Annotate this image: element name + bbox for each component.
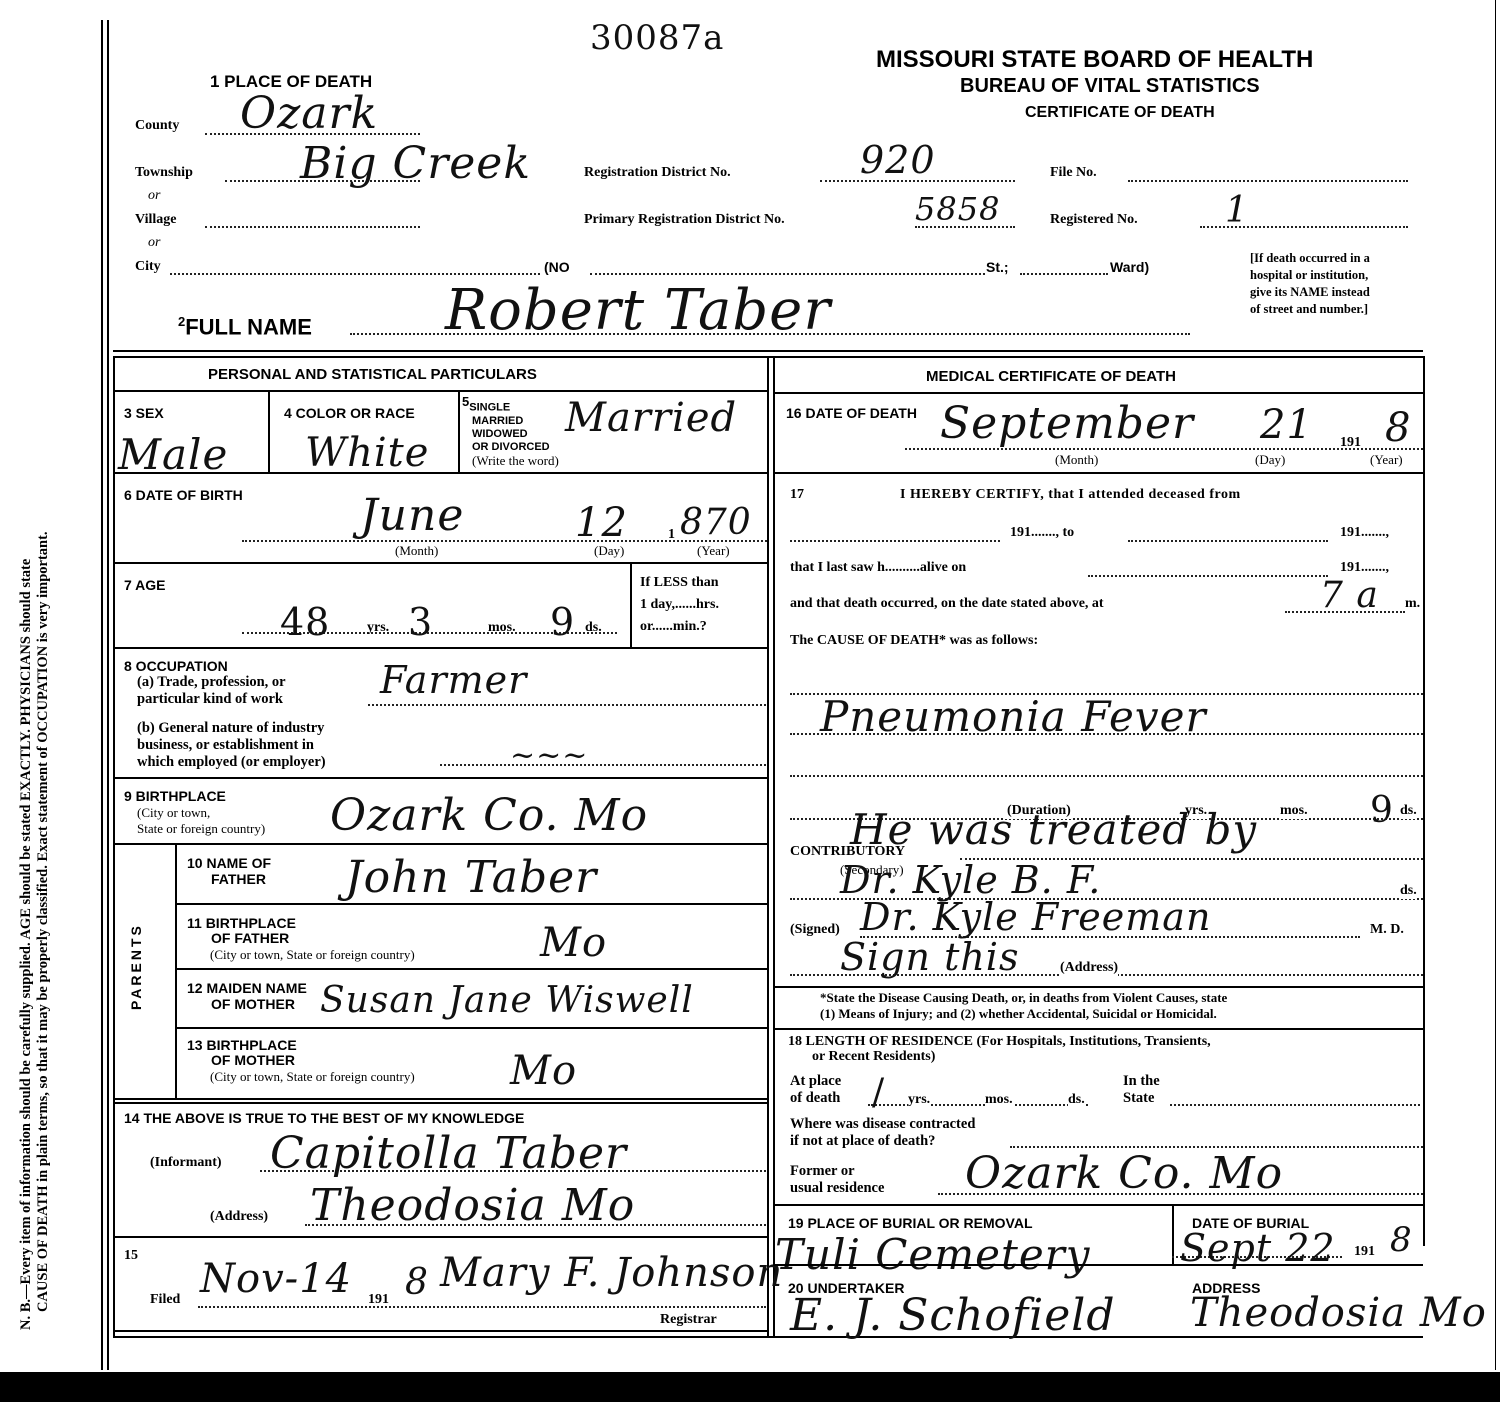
scan-border-bottom [0, 1372, 1500, 1402]
mother-label-line: OF MOTHER [187, 996, 307, 1012]
mother-bp-line: 13 BIRTHPLACE [187, 1038, 297, 1053]
dob-month[interactable]: June [360, 490, 464, 541]
divider [773, 472, 1423, 474]
divider [773, 1028, 1423, 1030]
last-saw-end: 191......., [1340, 560, 1389, 576]
month-hint: (Month) [1055, 452, 1098, 468]
ds-label: ds. [585, 620, 602, 636]
divider [175, 903, 768, 905]
marital-hint: (Write the word) [462, 454, 559, 467]
last-saw-line[interactable] [1088, 575, 1328, 577]
attended-from-line[interactable] [790, 540, 1000, 542]
at-place-mos: mos. [985, 1092, 1013, 1108]
footnote-line: *State the Disease Causing Death, or, in… [820, 990, 1227, 1006]
reg-district-label: Registration District No. [584, 165, 731, 181]
bureau-title: BUREAU OF VITAL STATISTICS [960, 75, 1260, 98]
in-state-line: State [1123, 1090, 1160, 1107]
divider [773, 1264, 1423, 1266]
county-label: County [135, 118, 179, 134]
occ-a-value[interactable]: Farmer [380, 658, 527, 702]
hospital-note: [If death occurred in a hospital or inst… [1250, 250, 1370, 318]
full-name-value[interactable]: Robert Taber [445, 278, 831, 343]
address-label: (Address) [210, 1209, 268, 1225]
divider [630, 562, 632, 647]
father-name-label: 10 NAME OF FATHER [187, 855, 271, 887]
undertaker-address-value[interactable]: Theodosia Mo [1190, 1290, 1487, 1336]
father-bp-line: OF FATHER [187, 931, 296, 946]
duration-mos: mos. [1280, 803, 1308, 819]
mother-bp-hint: (City or town, State or foreign country) [210, 1069, 415, 1085]
yrs-label: yrs. [367, 620, 389, 636]
age-label: 7 AGE [124, 577, 166, 593]
registrar-label: Registrar [660, 1312, 717, 1328]
parents-label: PARENTS [128, 923, 144, 1010]
marital-value[interactable]: Married [565, 395, 737, 441]
dod-month[interactable]: September [940, 398, 1194, 449]
dob-label: 6 DATE OF BIRTH [124, 487, 243, 503]
occ-b-line: (b) General nature of industry [137, 720, 326, 737]
divider [113, 1098, 768, 1100]
occ-a-label: (a) Trade, profession, or particular kin… [137, 674, 286, 708]
city-label: City [135, 259, 161, 275]
occ-a-line: particular kind of work [137, 691, 286, 708]
contracted-label: Where was disease contracted if not at p… [790, 1116, 975, 1150]
informant-value[interactable]: Capitolla Taber [270, 1128, 627, 1179]
in-state-field-line[interactable] [1170, 1104, 1420, 1106]
filed-label: Filed [150, 1292, 180, 1308]
divider [113, 843, 768, 845]
less-than-line: If LESS than [640, 572, 719, 594]
occ-b-line: business, or establishment in [137, 737, 326, 754]
divider [175, 843, 177, 1098]
burial-year[interactable]: 8 [1390, 1220, 1413, 1260]
divider [113, 777, 768, 779]
birthplace-hint-line: State or foreign country) [137, 821, 265, 837]
dod-year-prefix: 191 [1340, 435, 1361, 451]
at-place-label: At place of death [790, 1073, 841, 1107]
md-label: M. D. [1370, 922, 1404, 938]
informant-label: (Informant) [150, 1155, 222, 1171]
township-value[interactable]: Big Creek [300, 138, 531, 189]
divider [175, 1027, 768, 1029]
dod-day[interactable]: 21 [1260, 402, 1313, 448]
year-hint: (Year) [1370, 452, 1403, 468]
contrib-ds: ds. [1400, 883, 1417, 899]
divider [458, 390, 460, 472]
race-label: 4 COLOR OR RACE [284, 405, 415, 421]
dob-year-prefix: 1 [668, 527, 675, 543]
less-than-note: If LESS than 1 day,......hrs. or......mi… [640, 572, 719, 638]
reg-district-value[interactable]: 920 [860, 138, 936, 182]
day-hint: (Day) [594, 543, 624, 559]
signed-address-value[interactable]: Sign this [840, 935, 1019, 979]
registered-no-value[interactable]: 1 [1225, 190, 1249, 231]
less-than-line: or......min.? [640, 616, 719, 638]
divider [175, 968, 768, 970]
death-occurred-text: and that death occurred, on the date sta… [790, 596, 1104, 612]
occ-b-line: which employed (or employer) [137, 754, 326, 771]
sex-label: 3 SEX [124, 405, 164, 421]
frame-left-outer [101, 20, 103, 1370]
former-res-line: Former or [790, 1163, 884, 1180]
father-birthplace-label: 11 BIRTHPLACE OF FATHER [187, 916, 296, 946]
box-left [113, 356, 115, 1336]
month-hint: (Month) [395, 543, 438, 559]
occ-b-label: (b) General nature of industry business,… [137, 720, 326, 771]
last-saw-text: that I last saw h..........alive on [790, 560, 966, 576]
duration-days[interactable]: 9 [1370, 790, 1394, 831]
stamp-number: 30087a [590, 18, 724, 58]
footnote-line: (1) Means of Injury; and (2) whether Acc… [820, 1006, 1227, 1022]
certificate-title: CERTIFICATE OF DEATH [1025, 104, 1215, 122]
divider [113, 472, 768, 474]
cause-footnote: *State the Disease Causing Death, or, in… [820, 990, 1227, 1022]
contracted-line: Where was disease contracted [790, 1116, 975, 1133]
at-place-field-line [868, 1104, 1088, 1106]
mother-birthplace-label: 13 BIRTHPLACE OF MOTHER [187, 1038, 297, 1068]
cause-label: The CAUSE OF DEATH* was as follows: [790, 633, 1038, 649]
divider [773, 1204, 1423, 1206]
at-place-line: At place [790, 1073, 841, 1090]
registered-no-label: Registered No. [1050, 212, 1138, 228]
residence-label-2: or Recent Residents) [812, 1049, 935, 1065]
cause-value[interactable]: Pneumonia Fever [820, 692, 1207, 741]
dob-year[interactable]: 870 [680, 502, 752, 543]
day-hint: (Day) [1255, 452, 1285, 468]
mother-bp-line: OF MOTHER [187, 1053, 297, 1068]
mos-label: mos. [488, 620, 516, 636]
attended-to-line[interactable] [1128, 540, 1328, 542]
father-birthplace-value[interactable]: Mo [540, 920, 607, 966]
occ-a-line: (a) Trade, profession, or [137, 674, 286, 691]
medical-section-title: MEDICAL CERTIFICATE OF DEATH [926, 368, 1176, 385]
attended-end: 191......., [1340, 525, 1389, 541]
birthplace-hint: (City or town, State or foreign country) [137, 805, 265, 837]
death-time[interactable]: 7 a [1320, 575, 1379, 616]
file-no-label: File No. [1050, 165, 1097, 181]
marital-option: WIDOWED [462, 428, 559, 441]
divider [113, 1102, 768, 1104]
dob-day[interactable]: 12 [575, 500, 628, 546]
attended-line: 191......., to [1010, 525, 1074, 541]
divider [113, 1236, 768, 1238]
burial-year-prefix: 191 [1354, 1244, 1375, 1260]
filed-year[interactable]: 8 [405, 1262, 429, 1303]
hospital-note-line: [If death occurred in a [1250, 250, 1370, 267]
certify-num: 17 [790, 487, 804, 503]
contributory-value[interactable]: He was treated by [850, 805, 1257, 854]
signed-label: (Signed) [790, 922, 840, 938]
filed-num: 15 [124, 1248, 138, 1264]
birthplace-value[interactable]: Ozark Co. Mo [330, 790, 648, 841]
informant-title: 14 THE ABOVE IS TRUE TO THE BEST OF MY K… [124, 1110, 524, 1126]
primary-reg-value[interactable]: 5858 [915, 190, 1000, 228]
side-instructions: N. B.—Every item of information should b… [18, 40, 52, 1330]
in-state-label: In the State [1123, 1073, 1160, 1107]
filed-field-line [198, 1306, 766, 1308]
full-name-label: 2FULL NAME [178, 314, 312, 340]
filed-year-prefix: 191 [368, 1292, 389, 1308]
column-divider-left [767, 356, 769, 1336]
column-divider-right [773, 356, 775, 1336]
age-months[interactable]: 3 [408, 600, 433, 644]
primary-reg-label: Primary Registration District No. [584, 212, 785, 228]
hospital-note-line: hospital or institution, [1250, 267, 1370, 284]
full-name-label-text: FULL NAME [185, 314, 312, 339]
undertaker-value[interactable]: E. J. Schofield [790, 1290, 1116, 1341]
divider [113, 647, 768, 649]
box-right [1423, 356, 1425, 1246]
side-note-line-1: N. B.—Every item of information should b… [18, 40, 35, 1330]
city-field-line[interactable] [170, 273, 540, 275]
address-value[interactable]: Theodosia Mo [310, 1180, 635, 1231]
org-title: MISSOURI STATE BOARD OF HEALTH [876, 46, 1313, 74]
hospital-note-line: of street and number.] [1250, 301, 1370, 318]
father-bp-line: 11 BIRTHPLACE [187, 916, 296, 931]
county-value[interactable]: Ozark [240, 88, 378, 139]
mother-name-label: 12 MAIDEN NAME OF MOTHER [187, 980, 307, 1012]
in-state-line: In the [1123, 1073, 1160, 1090]
frame-left-inner [107, 20, 109, 1370]
birthplace-hint-line: (City or town, [137, 805, 265, 821]
village-field-line [205, 226, 420, 228]
side-note-line-2: CAUSE OF DEATH in plain terms, so that i… [35, 40, 52, 1330]
registrar-value[interactable]: Mary F. Johnson [440, 1250, 783, 1296]
divider [113, 1330, 768, 1332]
occ-a-field-line [368, 704, 766, 706]
at-place-line: of death [790, 1090, 841, 1107]
divider [268, 390, 270, 472]
at-place-value[interactable]: / [872, 1072, 885, 1113]
signed-value[interactable]: Dr. Kyle Freeman [860, 895, 1211, 939]
mother-birthplace-value[interactable]: Mo [510, 1048, 577, 1094]
ward-field-line[interactable] [1020, 273, 1108, 275]
divider [113, 1336, 1423, 1338]
father-label-line: 10 NAME OF [187, 855, 271, 871]
divider [113, 390, 768, 392]
occ-b-value[interactable]: ~~~ [510, 738, 588, 773]
burial-place-value[interactable]: Tuli Cemetery [775, 1230, 1091, 1279]
year-hint: (Year) [697, 543, 730, 559]
file-no-field-line[interactable] [1128, 180, 1408, 182]
certify-text: I HEREBY CERTIFY, that I attended deceas… [900, 487, 1241, 503]
dod-year[interactable]: 8 [1385, 405, 1411, 451]
marital-option: MARRIED [462, 415, 559, 428]
occ-b-field-line [440, 764, 766, 766]
former-res-line: usual residence [790, 1180, 884, 1197]
dod-label: 16 DATE OF DEATH [786, 405, 917, 421]
marital-options: 5SINGLE MARRIED WIDOWED OR DIVORCED (Wri… [462, 395, 559, 467]
former-res-label: Former or usual residence [790, 1163, 884, 1197]
cause-line-3 [790, 775, 1423, 777]
former-res-value[interactable]: Ozark Co. Mo [965, 1148, 1283, 1199]
signed-address-label: (Address) [1060, 960, 1118, 976]
contracted-line: if not at place of death? [790, 1133, 975, 1150]
father-label-line: FATHER [187, 871, 271, 887]
father-bp-hint: (City or town, State or foreign country) [210, 947, 415, 963]
street-no-label: (NO [544, 259, 570, 275]
personal-section-title: PERSONAL AND STATISTICAL PARTICULARS [208, 366, 537, 383]
age-years[interactable]: 48 [280, 600, 330, 644]
divider [773, 392, 1423, 394]
age-days[interactable]: 9 [550, 600, 575, 644]
mother-name-value[interactable]: Susan Jane Wiswell [320, 980, 694, 1021]
or-1: or [148, 188, 160, 204]
st-label: St.; [986, 259, 1009, 275]
or-2: or [148, 235, 160, 251]
residence-label: 18 LENGTH OF RESIDENCE (For Hospitals, I… [788, 1034, 1211, 1050]
filed-date[interactable]: Nov-14 [200, 1256, 352, 1302]
mother-label-line: 12 MAIDEN NAME [187, 980, 307, 996]
frame-right [1495, 0, 1496, 1370]
divider [1172, 1204, 1174, 1264]
father-name-value[interactable]: John Taber [345, 852, 597, 903]
at-place-ds: ds. [1068, 1092, 1085, 1108]
divider [113, 562, 768, 564]
race-value[interactable]: White [305, 430, 429, 476]
duration-ds: ds. [1400, 803, 1417, 819]
street-no-field-line[interactable] [590, 273, 985, 275]
divider [773, 986, 1423, 988]
death-m: m. [1405, 596, 1420, 612]
occupation-label: 8 OCCUPATION [124, 658, 228, 674]
birthplace-label: 9 BIRTHPLACE [124, 788, 226, 804]
hospital-note-line: give its NAME instead [1250, 284, 1370, 301]
township-label: Township [135, 165, 193, 181]
village-label: Village [135, 212, 176, 228]
header-divider [113, 350, 1423, 352]
marital-option: SINGLE [469, 402, 510, 414]
at-place-yrs: yrs. [908, 1092, 930, 1108]
burial-place-label: 19 PLACE OF BURIAL OR REMOVAL [788, 1215, 1033, 1231]
marital-option: OR DIVORCED [462, 441, 559, 454]
less-than-line: 1 day,......hrs. [640, 594, 719, 616]
ward-label: Ward) [1110, 259, 1149, 275]
